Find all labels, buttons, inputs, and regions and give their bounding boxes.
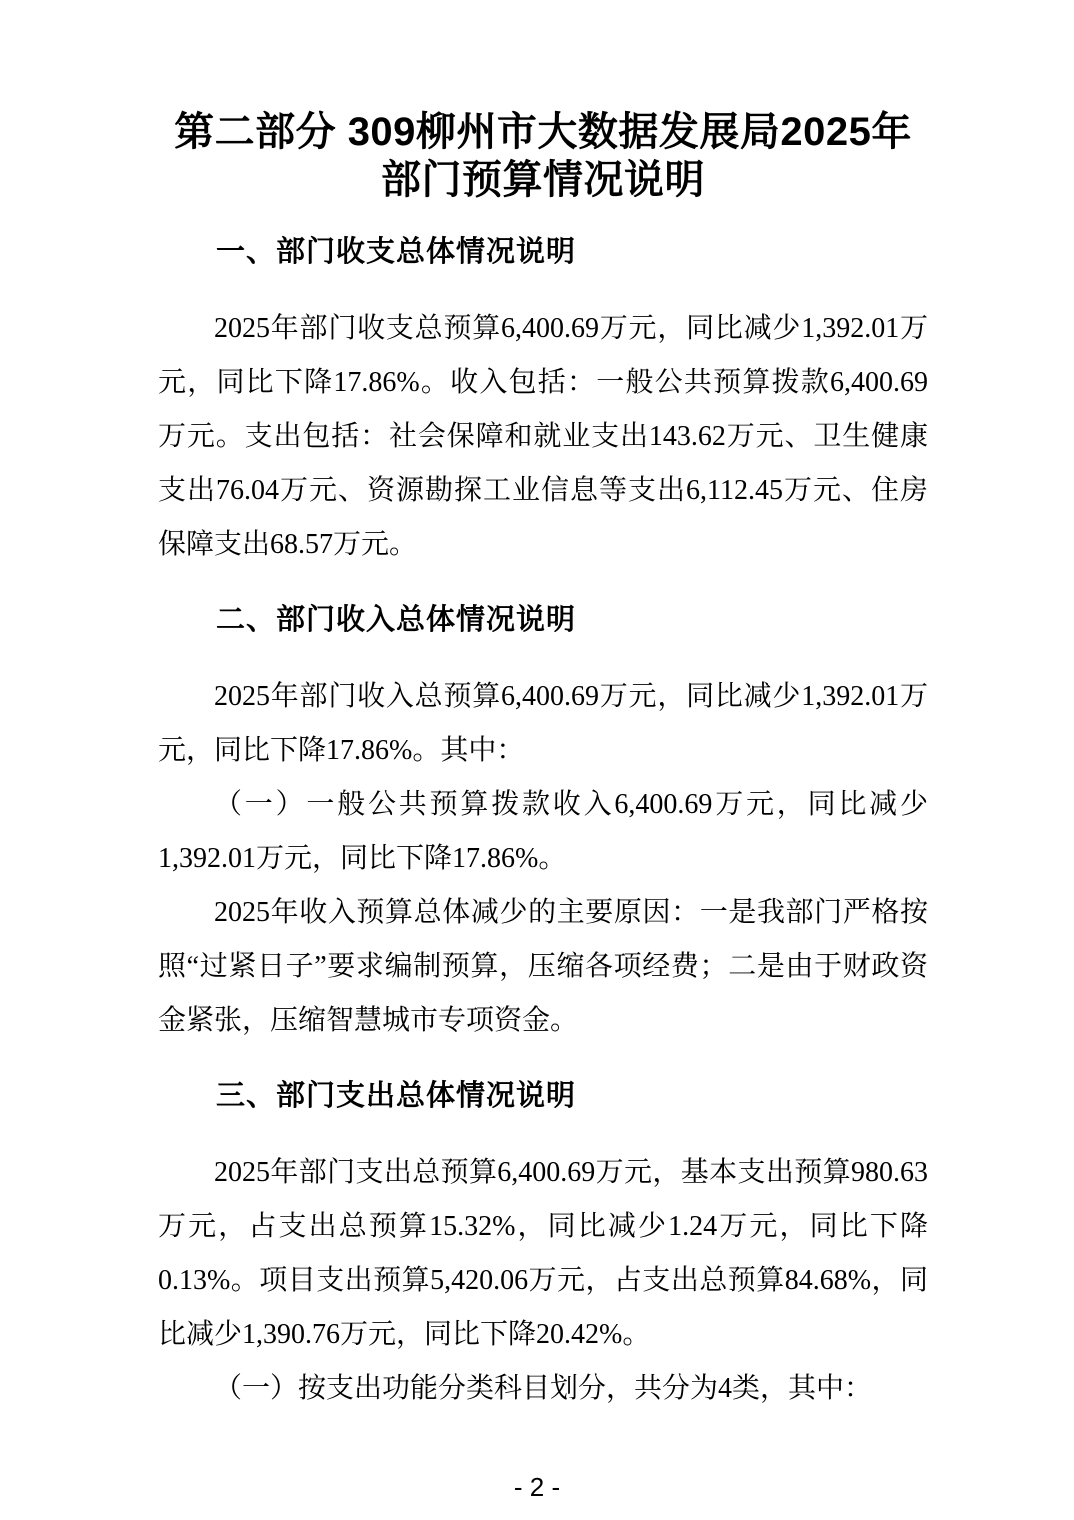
section-3-paragraph-1: 2025年部门支出总预算6,400.69万元，基本支出预算980.63万元，占支…: [158, 1146, 928, 1362]
section-1-heading: 一、部门收支总体情况说明: [158, 232, 928, 272]
document-page: 第二部分 309柳州市大数据发展局2025年部门预算情况说明 一、部门收支总体情…: [0, 0, 1074, 1520]
section-2-paragraph-1: 2025年部门收入总预算6,400.69万元，同比减少1,392.01万元，同比…: [158, 670, 928, 778]
page-number: - 2 -: [0, 1472, 1074, 1502]
section-income-overview: 二、部门收入总体情况说明 2025年部门收入总预算6,400.69万元，同比减少…: [158, 600, 928, 1048]
section-2-paragraph-2: （一）一般公共预算拨款收入6,400.69万元，同比减少1,392.01万元，同…: [158, 778, 928, 886]
section-2-heading: 二、部门收入总体情况说明: [158, 600, 928, 640]
section-3-paragraph-2: （一）按支出功能分类科目划分，共分为4类，其中：: [158, 1362, 928, 1416]
section-1-paragraph-1: 2025年部门收支总预算6,400.69万元，同比减少1,392.01万元，同比…: [158, 302, 928, 572]
section-2-paragraph-3: 2025年收入预算总体减少的主要原因：一是我部门严格按照“过紧日子”要求编制预算…: [158, 886, 928, 1048]
section-3-heading: 三、部门支出总体情况说明: [158, 1076, 928, 1116]
section-expenditure-overview: 三、部门支出总体情况说明 2025年部门支出总预算6,400.69万元，基本支出…: [158, 1076, 928, 1416]
section-revenue-expenditure-overview: 一、部门收支总体情况说明 2025年部门收支总预算6,400.69万元，同比减少…: [158, 232, 928, 572]
document-title: 第二部分 309柳州市大数据发展局2025年部门预算情况说明: [158, 108, 928, 204]
